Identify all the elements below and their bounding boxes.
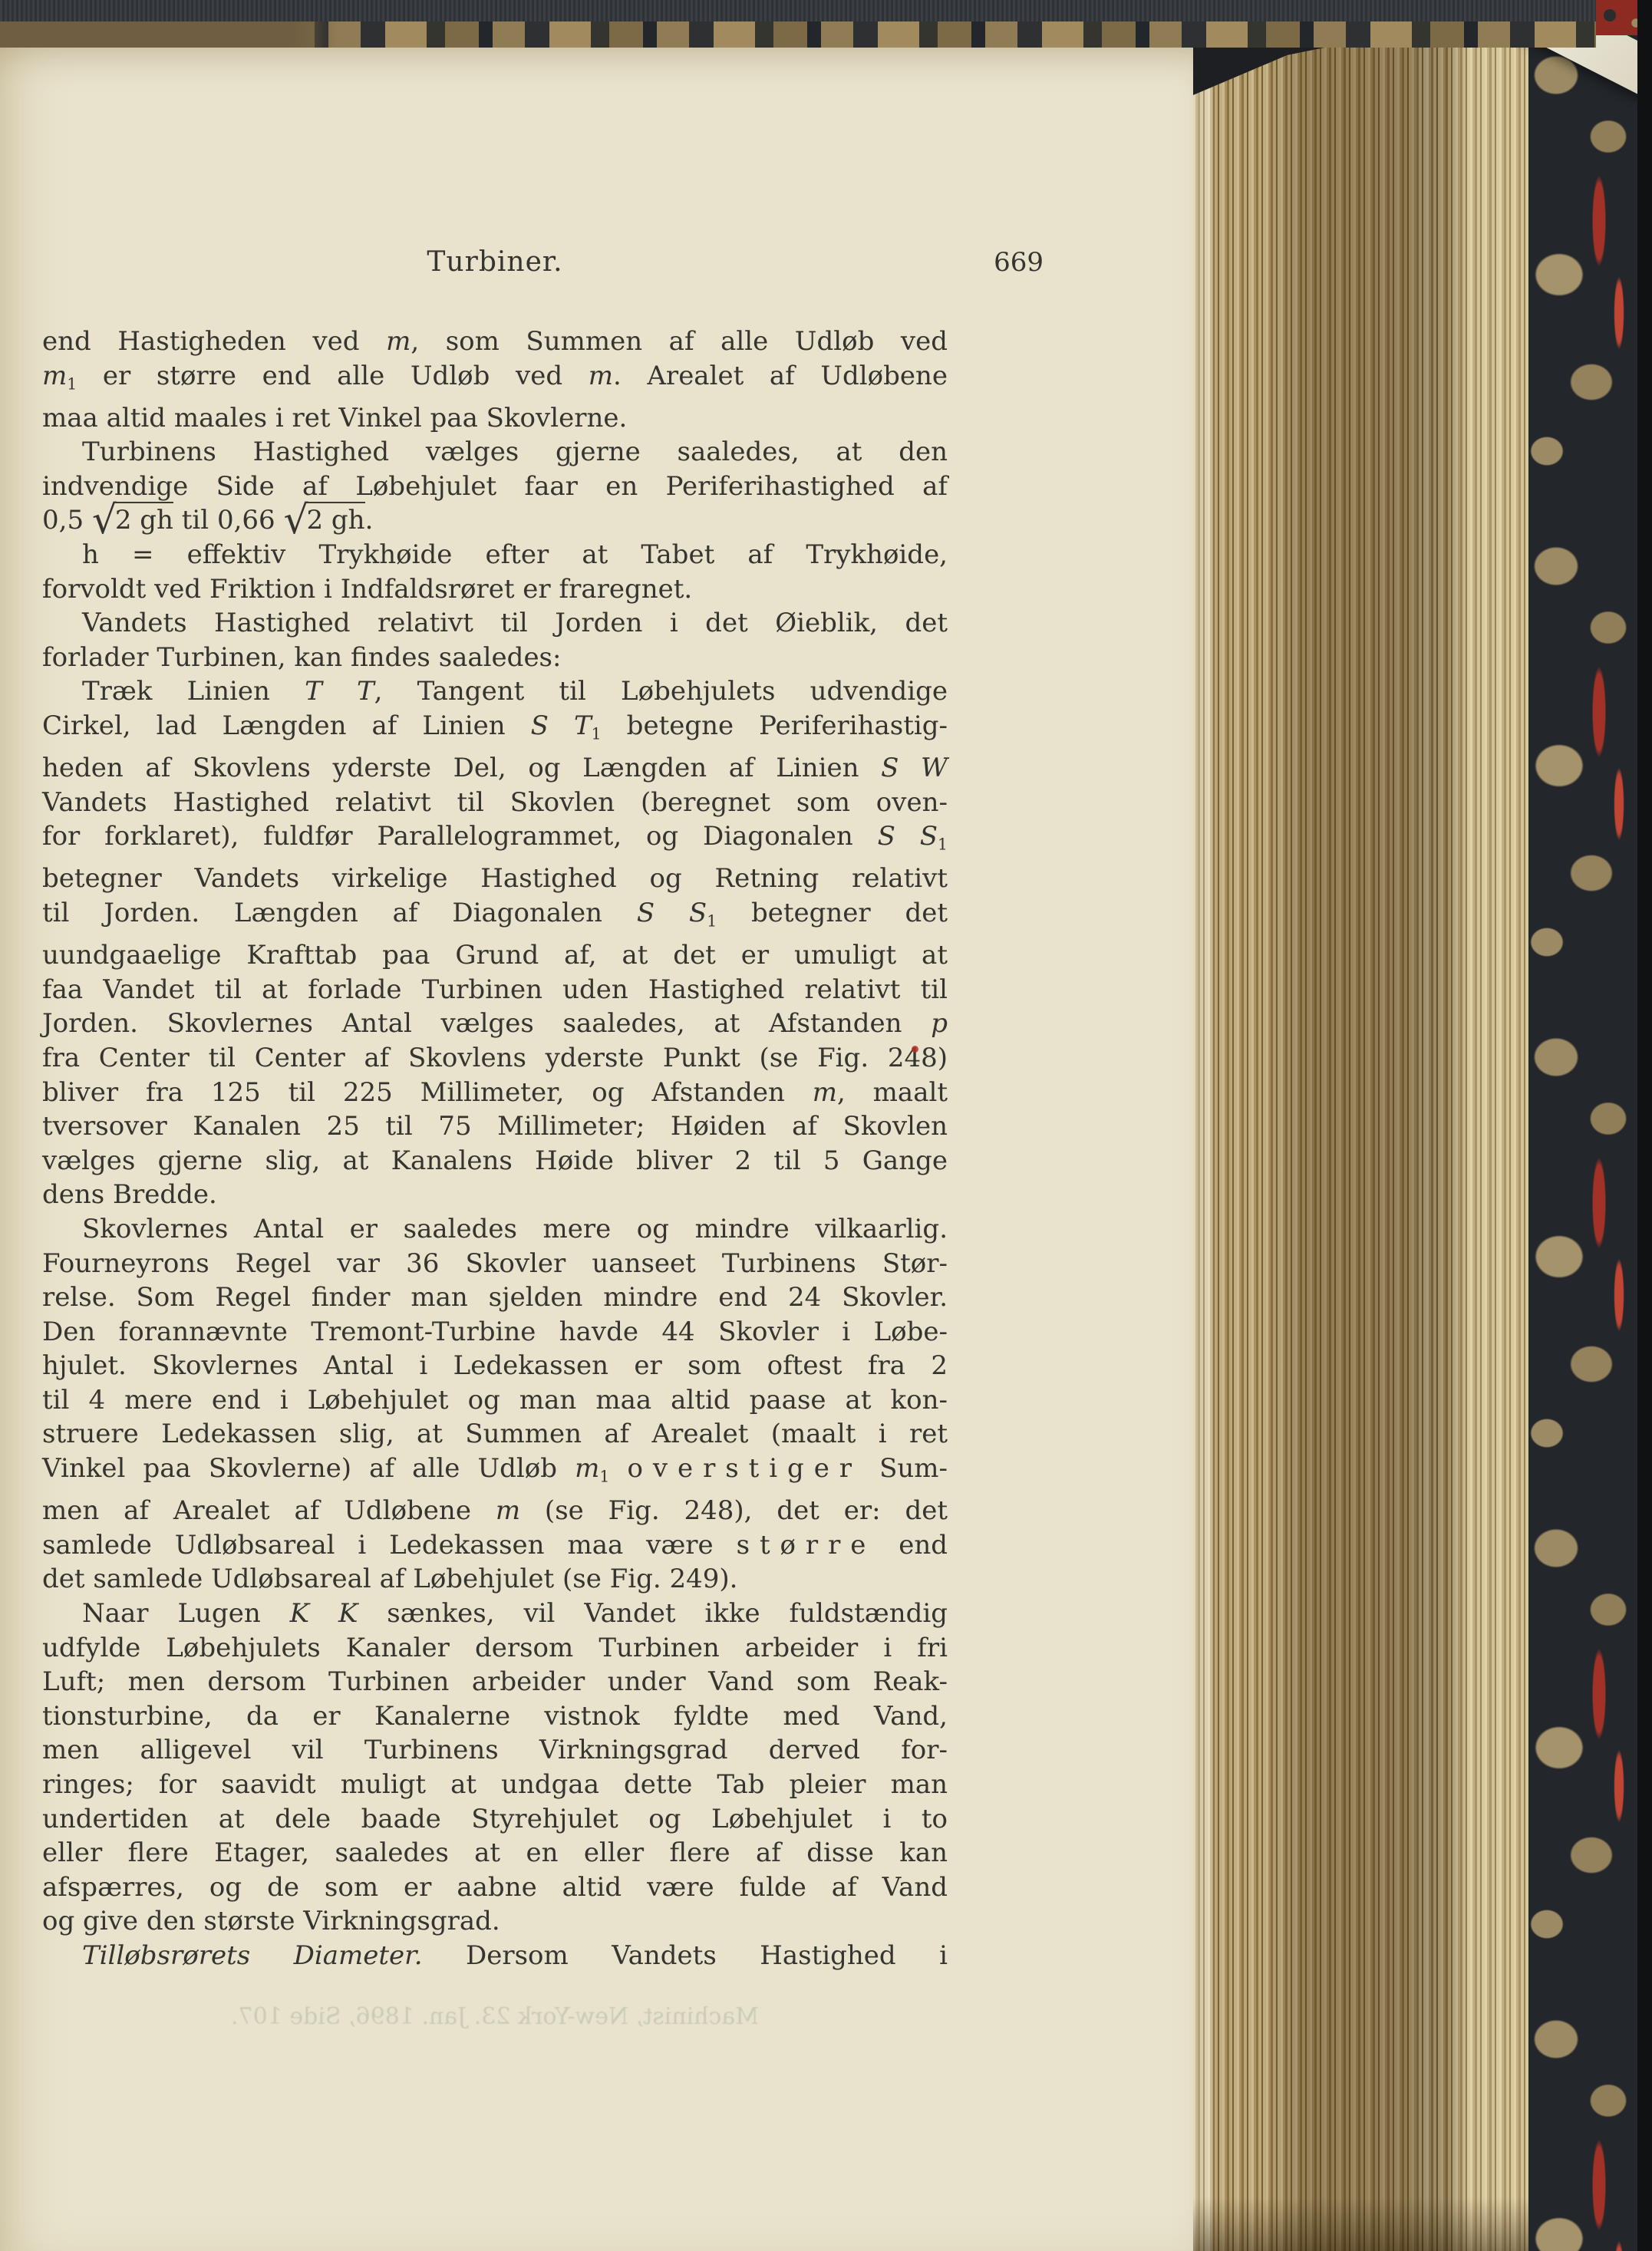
book-page: Turbiner. 669 end Hastigheden ved m, som… [0,44,1193,2251]
text-segment: tionsturbine, da er Kanalerne vistnok fy… [42,1701,948,1732]
text-segment: vælges gjerne slig, at Kanalens Høide bl… [42,1145,948,1176]
text-segment: udfylde Løbehjulets Kanaler dersom Turbi… [42,1633,948,1663]
text-segment: Jorden. Skovlernes Antal vælges saaledes… [42,1008,931,1039]
text-segment: fra Center til Center af Skovlens yderst… [42,1043,948,1073]
text-line: relse. Som Regel finder man sjelden mind… [42,1280,948,1315]
text-segment: S T [531,710,592,741]
text-line: Luft; men dersom Turbinen arbeider under… [42,1665,948,1699]
text-line: til Jorden. Længden af Diagonalen S S1 b… [42,896,948,938]
text-segment: tversover Kanalen 25 til 75 Millimeter; … [42,1111,948,1142]
text-line: tionsturbine, da er Kanalerne vistnok fy… [42,1699,948,1734]
text-line: udfylde Løbehjulets Kanaler dersom Turbi… [42,1631,948,1666]
text-segment: overstiger [628,1453,862,1484]
paragraph: Vandets Hastighed relativt til Jorden i … [42,606,948,674]
text-segment: , maalt [837,1077,948,1108]
text-segment: 1 [599,1468,609,1486]
text-segment: for forklaret), fuldfør Parallelogrammet… [42,821,878,852]
text-segment: heden af Skovlens yderste Del, og Længde… [42,753,881,783]
text-segment: afspærres, og de som er aabne altid være… [42,1872,948,1903]
text-line: 0,5 √2 gh til 0,66 √2 gh. [42,503,948,538]
text-segment: uundgaaelige Krafttab paa Grund af, at d… [42,940,948,971]
text-line: forlader Turbinen, kan findes saaledes: [42,641,948,675]
text-segment: til Jorden. Længden af Diagonalen [42,898,637,928]
text-line: struere Ledekassen slig, at Summen af Ar… [42,1417,948,1452]
text-segment: 1 [592,725,602,743]
text-segment: Luft; men dersom Turbinen arbeider under… [42,1666,948,1697]
text-segment: T T [305,676,374,707]
text-segment: men alligevel vil Turbinens Virkningsgra… [42,1735,948,1765]
text-line: Vandets Hastighed relativt til Jorden i … [42,606,948,641]
text-segment: Tilløbsrørets Diameter. [82,1940,423,1971]
text-segment: forlader Turbinen, kan findes saaledes: [42,642,561,673]
text-segment: m [589,361,613,391]
text-line: heden af Skovlens yderste Del, og Længde… [42,751,948,786]
text-segment: 2 gh [306,502,364,536]
text-segment: Vinkel paa Skovlerne) af alle Udløb [42,1453,575,1484]
text-line: afspærres, og de som er aabne altid være… [42,1870,948,1905]
text-line: Vandets Hastighed relativt til Skovlen (… [42,786,948,820]
text-segment: Den forannævnte Tremont-Turbine havde 44… [42,1317,948,1347]
red-ink-speck [912,1046,918,1053]
text-segment: Dersom Vandets Hastighed i [423,1940,948,1971]
text-segment: √ [284,499,307,544]
text-segment: m [496,1495,520,1526]
text-segment: samlede Udløbsareal i Ledekassen maa vær… [42,1530,737,1561]
paragraph: Træk Linien T T, Tangent til Løbehjulets… [42,674,948,1211]
background-right-edge [1637,0,1652,2251]
text-segment [609,1453,627,1484]
text-line: Naar Lugen K K sænkes, vil Vandet ikke f… [42,1597,948,1631]
text-line: Skovlernes Antal er saaledes mere og min… [42,1212,948,1247]
text-line: det samlede Udløbsareal af Løbehjulet (s… [42,1562,948,1597]
text-segment: . [365,505,374,536]
text-segment: Sum- [862,1453,948,1484]
text-segment: S S [878,821,938,852]
text-line: ringes; for saavidt muligt at undgaa det… [42,1768,948,1802]
text-segment: betegner Vandets virkelige Hastighed og … [42,863,948,894]
paragraph: Naar Lugen K K sænkes, vil Vandet ikke f… [42,1597,948,1939]
text-line: eller flere Etager, saaledes at en eller… [42,1836,948,1870]
text-segment: er større end alle Udløb ved [77,361,588,391]
text-line: bliver fra 125 til 225 Millimeter, og Af… [42,1076,948,1110]
text-segment: end [875,1530,948,1561]
text-segment: til 4 mere end i Løbehjulet og man maa a… [42,1385,948,1416]
text-segment: Skovlernes Antal er saaledes mere og min… [82,1214,948,1244]
text-line: til 4 mere end i Løbehjulet og man maa a… [42,1383,948,1418]
text-segment: K K [290,1598,358,1629]
text-line: Turbinens Hastighed vælges gjerne saaled… [42,435,948,470]
paragraph: h = effektiv Trykhøide efter at Tabet af… [42,538,948,606]
text-segment: . Arealet af Udløbene [613,361,948,391]
text-segment: h = effektiv Trykhøide efter at Tabet af… [82,539,948,570]
text-segment: m [42,361,67,391]
text-segment: eller flere Etager, saaledes at en eller… [42,1837,948,1868]
text-line: uundgaaelige Krafttab paa Grund af, at d… [42,938,948,973]
text-line: samlede Udløbsareal i Ledekassen maa vær… [42,1528,948,1563]
text-segment: sænkes, vil Vandet ikke fuldstændig [358,1598,948,1629]
text-segment: 1 [67,374,77,393]
text-line: vælges gjerne slig, at Kanalens Høide bl… [42,1144,948,1178]
text-segment: p [931,1008,948,1039]
text-segment: 2 gh [115,502,173,536]
text-segment: m [813,1077,837,1108]
text-segment: relse. Som Regel finder man sjelden mind… [42,1282,948,1313]
text-line: men alligevel vil Turbinens Virkningsgra… [42,1733,948,1768]
text-segment: end Hastigheden ved [42,326,386,357]
text-segment: større [737,1530,876,1561]
text-line: Tilløbsrørets Diameter. Dersom Vandets H… [42,1939,948,1973]
text-segment: m [386,326,411,357]
text-line: h = effektiv Trykhøide efter at Tabet af… [42,538,948,572]
text-line: Træk Linien T T, Tangent til Løbehjulets… [42,674,948,709]
text-segment: faa Vandet til at forlade Turbinen uden … [42,974,948,1005]
text-segment: undertiden at dele baade Styrehjulet og … [42,1804,948,1834]
text-line: Cirkel, lad Længden af Linien S T1 beteg… [42,709,948,751]
text-line: hjulet. Skovlernes Antal i Ledekassen er… [42,1349,948,1383]
text-segment: (se Fig. 248), det er: det [520,1495,948,1526]
text-line: undertiden at dele baade Styrehjulet og … [42,1802,948,1837]
text-segment: Fourneyrons Regel var 36 Skovler uanseet… [42,1248,948,1279]
text-segment: det samlede Udløbsareal af Løbehjulet (s… [42,1564,737,1594]
text-line: Jorden. Skovlernes Antal vælges saaledes… [42,1007,948,1041]
text-line: Vinkel paa Skovlerne) af alle Udløb m1 o… [42,1452,948,1494]
cover-top-band [0,21,1596,48]
text-segment: betegne Periferihastig- [602,710,948,741]
text-segment: S S [637,898,707,928]
text-segment: Cirkel, lad Længden af Linien [42,710,531,741]
page-content: Turbiner. 669 end Hastigheden ved m, som… [0,44,948,2030]
text-segment: til 0,66 [173,505,284,536]
running-title: Turbiner. [42,246,948,279]
background-top-strip [0,0,1596,21]
text-line: end Hastigheden ved m, som Summen af all… [42,325,948,359]
text-line: indvendige Side af Løbehjulet faar en Pe… [42,470,948,504]
text-segment: , som Summen af alle Udløb ved [411,326,948,357]
text-segment: m [575,1453,599,1484]
text-segment: S W [881,753,948,783]
text-segment: Vandets Hastighed relativt til Skovlen (… [42,787,948,818]
text-segment: Turbinens Hastighed vælges gjerne saaled… [82,437,948,467]
text-line: forvoldt ved Friktion i Indfaldsrøret er… [42,572,948,607]
text-segment: 0,5 [42,505,92,536]
ink-bleedthrough-text: Machinist, New-York 23. Jan. 1896, Side … [42,2003,948,2030]
text-segment: , Tangent til Løbehjulets udvendige [374,676,948,707]
text-line: m1 er større end alle Udløb ved m. Areal… [42,359,948,401]
text-segment: indvendige Side af Løbehjulet faar en Pe… [42,471,948,502]
page-number: 669 [994,246,1044,279]
paragraph: Skovlernes Antal er saaledes mere og min… [42,1212,948,1597]
page-body: end Hastigheden ved m, som Summen af all… [42,325,948,1973]
marbled-cover-edge [1528,21,1637,2251]
text-segment: og give den største Virkningsgrad. [42,1906,500,1936]
text-segment: Træk Linien [82,676,305,707]
text-segment: 1 [938,835,948,854]
text-segment: maa altid maales i ret Vinkel paa Skovle… [42,403,627,433]
paragraph: Turbinens Hastighed vælges gjerne saaled… [42,435,948,538]
text-line: for forklaret), fuldfør Parallelogrammet… [42,819,948,862]
text-line: Fourneyrons Regel var 36 Skovler uanseet… [42,1247,948,1281]
text-segment: forvoldt ved Friktion i Indfaldsrøret er… [42,574,692,605]
text-segment: struere Ledekassen slig, at Summen af Ar… [42,1419,948,1449]
text-line: betegner Vandets virkelige Hastighed og … [42,862,948,896]
text-segment: hjulet. Skovlernes Antal i Ledekassen er… [42,1350,948,1381]
text-line: men af Arealet af Udløbene m (se Fig. 24… [42,1494,948,1528]
book-photo-scene: Turbiner. 669 end Hastigheden ved m, som… [0,0,1652,2251]
text-segment: bliver fra 125 til 225 Millimeter, og Af… [42,1077,813,1108]
text-segment: Vandets Hastighed relativt til Jorden i … [82,608,948,638]
text-segment: 1 [707,912,717,931]
text-line: tversover Kanalen 25 til 75 Millimeter; … [42,1109,948,1144]
page-header: Turbiner. 669 [42,246,948,279]
text-line: Den forannævnte Tremont-Turbine havde 44… [42,1315,948,1350]
paragraph: end Hastigheden ved m, som Summen af all… [42,325,948,435]
text-line: faa Vandet til at forlade Turbinen uden … [42,973,948,1007]
text-segment: men af Arealet af Udløbene [42,1495,496,1526]
text-segment: ringes; for saavidt muligt at undgaa det… [42,1769,948,1800]
text-segment: Naar Lugen [82,1598,290,1629]
text-segment: dens Bredde. [42,1179,217,1210]
text-segment: √ [92,499,115,544]
paragraph: Tilløbsrørets Diameter. Dersom Vandets H… [42,1939,948,1973]
text-line: fra Center til Center af Skovlens yderst… [42,1041,948,1076]
text-segment: betegner det [717,898,948,928]
page-edges-fore-edge [1193,21,1528,2251]
text-line: dens Bredde. [42,1178,948,1212]
text-line: og give den største Virkningsgrad. [42,1904,948,1939]
text-line: maa altid maales i ret Vinkel paa Skovle… [42,401,948,436]
